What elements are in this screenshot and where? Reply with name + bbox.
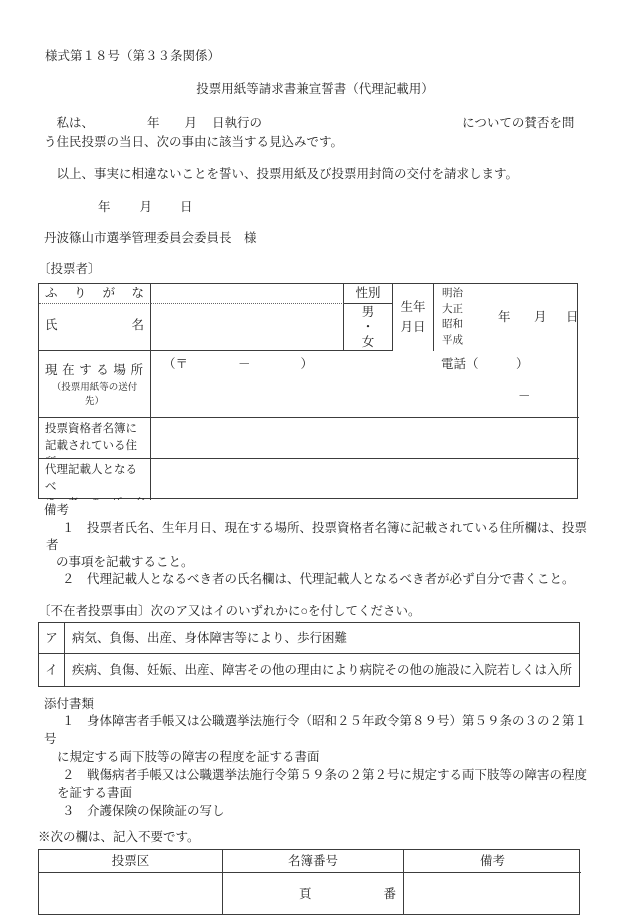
- sex-option-dot: ・: [344, 320, 392, 335]
- page-field-label: 頁: [299, 887, 312, 901]
- roll-address-label: 投票資格者名簿に 記載されている住所: [39, 418, 151, 459]
- intro-line-1: 私は、年月日執行のについての賛否を問: [44, 116, 574, 130]
- intro-referendum-label: についての賛否を問: [462, 116, 574, 130]
- era-date-cell: 明治 大正 昭和 平成 年 月 日: [434, 284, 579, 351]
- roll-address-label-line1: 投票資格者名簿に: [45, 421, 146, 438]
- date-month-label: 月: [140, 200, 153, 214]
- proxy-writer-label: 代理記載人となるべ き者の氏名: [39, 459, 151, 500]
- remarks-line: １ 投票者氏名、生年月日、現在する場所、投票資格者名簿に記載されている住所欄は、…: [62, 521, 587, 535]
- oath-statement: 以上、事実に相違ないことを誓い、投票用紙及び投票用封筒の交付を請求します。: [44, 167, 518, 181]
- number-field-label: 番: [384, 887, 397, 901]
- furigana-label: ふりがな: [39, 284, 151, 304]
- absentee-row-key: ア: [39, 623, 65, 654]
- attachment-line: １ 身体障害者手帳又は公職選挙法施行令（昭和２５年政令第８９号）第５９条の３の２…: [62, 714, 587, 728]
- postal-code-field: （〒 － ）: [163, 357, 313, 371]
- era-showa: 昭和: [442, 317, 463, 333]
- office-roll-number-cell: 頁 番: [223, 873, 404, 914]
- name-input-cell: [151, 304, 344, 351]
- sex-option-male: 男: [344, 305, 392, 320]
- birth-year-label: 年: [498, 310, 511, 324]
- sex-options: 男 ・ 女: [344, 304, 393, 351]
- office-remarks-cell: [404, 873, 581, 914]
- attachments-section-label: 添付書類: [44, 697, 94, 711]
- sex-option-female: 女: [344, 335, 392, 350]
- office-use-table: 投票区 名簿番号 備考 頁 番: [38, 849, 580, 915]
- era-taisho: 大正: [442, 302, 463, 318]
- current-place-label: 現在する場所 （投票用紙等の送付先）: [39, 351, 151, 418]
- era-meiji: 明治: [442, 286, 463, 302]
- attachment-line: 号: [44, 732, 57, 746]
- furigana-input-cell: [151, 284, 344, 304]
- birthdate-label-line1: 生年: [393, 297, 433, 317]
- absentee-row-key: イ: [39, 654, 65, 686]
- absentee-reason-table: ア 病気、負傷、出産、身体障害等により、歩行困難 イ 疾病、負傷、妊娠、出産、障…: [38, 622, 580, 687]
- office-use-note: ※次の欄は、記入不要です。: [38, 830, 200, 844]
- date-year-label: 年: [98, 200, 111, 214]
- office-district-cell: [39, 873, 223, 914]
- absentee-row-text: 疾病、負傷、妊娠、出産、障害その他の理由により病院その他の施設に入院若しくは入所: [65, 654, 579, 686]
- request-date-line: 年月日: [44, 200, 193, 214]
- remarks-line: の事項を記載すること。: [56, 555, 194, 569]
- current-place-label-main: 現在する場所: [45, 363, 144, 377]
- voter-info-table: ふりがな 性別 生年 月日 明治 大正 昭和 平成 年 月 日 氏名 男 ・ 女…: [38, 283, 578, 499]
- roll-address-label-line2: 記載されている住所: [45, 438, 146, 459]
- phone-field: 電話（ ）: [441, 357, 529, 371]
- intro-month-label: 月: [185, 116, 198, 130]
- remarks-section-label: 備考: [44, 503, 69, 517]
- remarks-line: 者: [46, 538, 59, 552]
- birth-month-label: 月: [534, 310, 547, 324]
- form-number: 様式第１８号（第３３条関係）: [45, 49, 220, 63]
- attachment-line: ２ 戦傷病者手帳又は公職選挙法施行令第５９条の２第２号に規定する両下肢等の障害の…: [62, 768, 587, 782]
- office-header-district: 投票区: [39, 850, 223, 873]
- voter-section-label: 〔投票者〕: [38, 262, 101, 276]
- intro-lead: 私は、: [44, 116, 94, 130]
- absentee-reason-label: 〔不在者投票事由〕次のア又はイのいずれかに○を付してください。: [38, 604, 421, 618]
- office-header-roll-number: 名簿番号: [223, 850, 404, 873]
- remarks-line: ２ 代理記載人となるべき者の氏名欄は、代理記載人となるべき者が必ず自分で書くこと…: [62, 572, 575, 586]
- attachment-line: に規定する両下肢等の障害の程度を証する書面: [57, 750, 320, 764]
- era-heisei: 平成: [442, 333, 463, 349]
- date-day-label: 日: [180, 200, 193, 214]
- phone-dash: －: [518, 389, 531, 403]
- name-label: 氏名: [39, 304, 151, 351]
- form-document-page: 様式第１８号（第３３条関係） 投票用紙等請求書兼宣誓書（代理記載用） 私は、年月…: [0, 0, 630, 915]
- birthdate-label: 生年 月日: [393, 284, 434, 351]
- birth-day-label: 日: [566, 310, 579, 324]
- office-header-remarks: 備考: [404, 850, 581, 873]
- addressee-line: 丹波篠山市選挙管理委員会委員長 様: [44, 231, 257, 245]
- sex-header-label: 性別: [344, 284, 393, 304]
- roll-address-input-cell: [151, 418, 579, 459]
- attachment-line: ３ 介護保険の保険証の写し: [62, 804, 225, 818]
- current-place-input-cell: （〒 － ） 電話（ ） －: [151, 351, 579, 418]
- proxy-writer-label-line2: き者の氏名: [45, 496, 146, 500]
- birthdate-label-line2: 月日: [393, 317, 433, 337]
- absentee-row-text: 病気、負傷、出産、身体障害等により、歩行困難: [65, 623, 579, 654]
- page-title: 投票用紙等請求書兼宣誓書（代理記載用）: [0, 82, 630, 96]
- era-options: 明治 大正 昭和 平成: [442, 286, 463, 348]
- proxy-writer-label-line1: 代理記載人となるべ: [45, 462, 146, 496]
- intro-line-2: う住民投票の当日、次の事由に該当する見込みです。: [44, 135, 343, 149]
- proxy-writer-input-cell: [151, 459, 579, 500]
- intro-year-label: 年: [147, 116, 160, 130]
- current-place-label-sub: （投票用紙等の送付先）: [45, 381, 144, 409]
- attachment-line: を証する書面: [57, 786, 132, 800]
- intro-execution-label: 日執行の: [212, 116, 262, 130]
